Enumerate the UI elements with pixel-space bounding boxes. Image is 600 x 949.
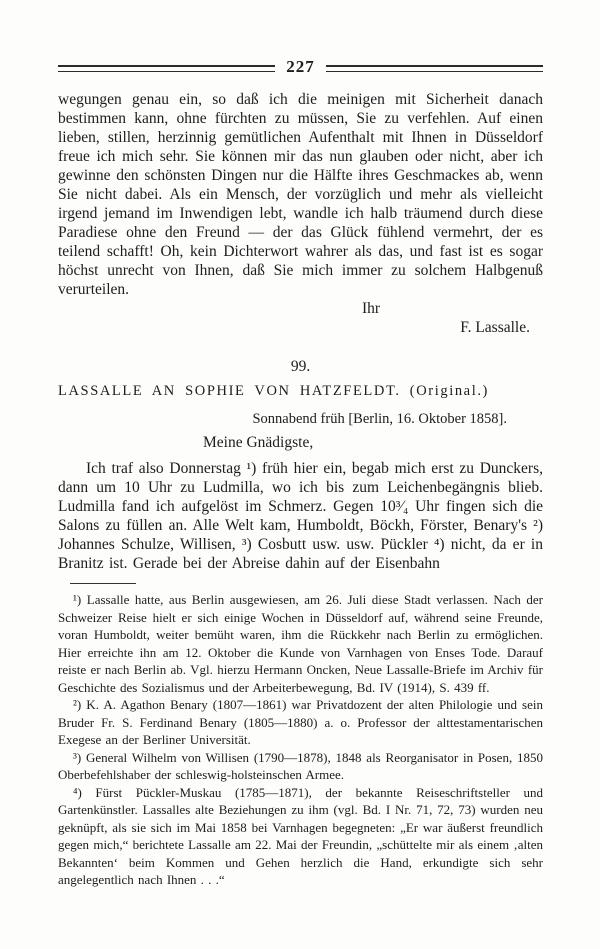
footnote-3: ³) General Wilhelm von Willisen (1790—18… bbox=[58, 749, 543, 784]
salutation: Meine Gnädigste, bbox=[58, 433, 543, 452]
footnote-4: ⁴) Fürst Pückler-Muskau (1785—1871), der… bbox=[58, 784, 543, 889]
continuation-paragraph: wegungen genau ein, so daß ich die meini… bbox=[58, 90, 543, 299]
header-rule-left bbox=[58, 65, 275, 72]
footnote-2: ²) K. A. Agathon Benary (1807—1861) war … bbox=[58, 696, 543, 749]
page-header: 227 bbox=[58, 62, 543, 74]
section-number: 99. bbox=[58, 357, 543, 376]
book-page: 227 wegungen genau ein, so daß ich die m… bbox=[0, 0, 600, 949]
dateline: Sonnabend früh [Berlin, 16. Oktober 1858… bbox=[58, 410, 543, 428]
letter-closing: Ihr bbox=[58, 299, 543, 318]
letter-signature: F. Lassalle. bbox=[58, 318, 543, 337]
page-number: 227 bbox=[286, 61, 315, 73]
letter-heading: LASSALLE AN SOPHIE VON HATZFELDT. (Origi… bbox=[58, 382, 543, 401]
header-rule-right bbox=[326, 65, 543, 72]
footnote-1: ¹) Lassalle hatte, aus Berlin ausgewiese… bbox=[58, 591, 543, 696]
footnotes-section: ¹) Lassalle hatte, aus Berlin ausgewiese… bbox=[58, 591, 543, 889]
letter-body-paragraph: Ich traf also Donnerstag ¹) früh hier ei… bbox=[58, 459, 543, 573]
footnote-separator bbox=[70, 583, 136, 584]
